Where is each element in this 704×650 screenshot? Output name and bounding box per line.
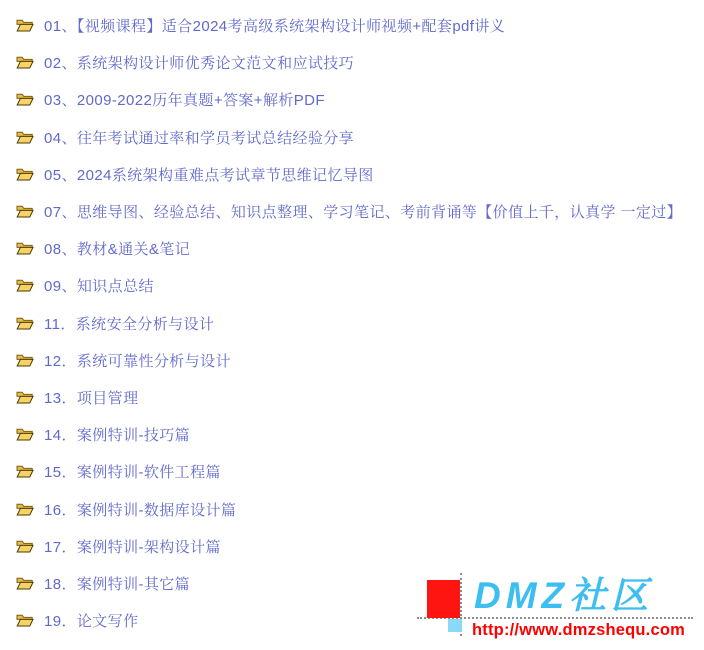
folder-icon[interactable] bbox=[16, 390, 34, 405]
folder-row[interactable]: 08、教材&通关&笔记 bbox=[0, 230, 704, 267]
folder-row[interactable]: 11．系统安全分析与设计 bbox=[0, 305, 704, 342]
folder-link[interactable]: 13．项目管理 bbox=[44, 387, 139, 408]
folder-icon[interactable] bbox=[16, 316, 34, 331]
folder-icon[interactable] bbox=[16, 204, 34, 219]
folder-link[interactable]: 01、【视频课程】适合2024考高级系统架构设计师视频+配套pdf讲义 bbox=[44, 15, 505, 36]
folder-row[interactable]: 12．系统可靠性分析与设计 bbox=[0, 342, 704, 379]
watermark-url-text: http://www.dmzshequ.com bbox=[472, 621, 685, 640]
folder-row[interactable]: 14．案例特训-技巧篇 bbox=[0, 416, 704, 453]
folder-row[interactable]: 04、往年考试通过率和学员考试总结经验分享 bbox=[0, 119, 704, 156]
folder-icon[interactable] bbox=[16, 167, 34, 182]
folder-row[interactable]: 01、【视频课程】适合2024考高级系统架构设计师视频+配套pdf讲义 bbox=[0, 7, 704, 44]
folder-link[interactable]: 09、知识点总结 bbox=[44, 275, 154, 296]
folder-row[interactable]: 17．案例特训-架构设计篇 bbox=[0, 528, 704, 565]
folder-link[interactable]: 15．案例特训-软件工程篇 bbox=[44, 461, 221, 482]
folder-row[interactable]: 02、系统架构设计师优秀论文范文和应试技巧 bbox=[0, 44, 704, 81]
folder-link[interactable]: 02、系统架构设计师优秀论文范文和应试技巧 bbox=[44, 52, 354, 73]
watermark-blue-square bbox=[448, 619, 462, 632]
folder-icon[interactable] bbox=[16, 427, 34, 442]
folder-link[interactable]: 14．案例特训-技巧篇 bbox=[44, 424, 190, 445]
folder-link[interactable]: 16．案例特训-数据库设计篇 bbox=[44, 499, 236, 520]
folder-link[interactable]: 07、思维导图、经验总结、知识点整理、学习笔记、考前背诵等【价值上千，认真学 一… bbox=[44, 201, 682, 222]
folder-link[interactable]: 03、2009-2022历年真题+答案+解析PDF bbox=[44, 89, 325, 110]
folder-row[interactable]: 16．案例特训-数据库设计篇 bbox=[0, 490, 704, 527]
folder-link[interactable]: 08、教材&通关&笔记 bbox=[44, 238, 190, 259]
folder-icon[interactable] bbox=[16, 613, 34, 628]
folder-icon[interactable] bbox=[16, 576, 34, 591]
folder-list: 01、【视频课程】适合2024考高级系统架构设计师视频+配套pdf讲义 02、系… bbox=[0, 7, 704, 639]
watermark-red-square bbox=[427, 580, 460, 618]
folder-icon[interactable] bbox=[16, 18, 34, 33]
folder-link[interactable]: 17．案例特训-架构设计篇 bbox=[44, 536, 221, 557]
folder-row[interactable]: 03、2009-2022历年真题+答案+解析PDF bbox=[0, 81, 704, 118]
folder-row[interactable]: 05、2024系统架构重难点考试章节思维记忆导图 bbox=[0, 156, 704, 193]
folder-link[interactable]: 05、2024系统架构重难点考试章节思维记忆导图 bbox=[44, 164, 374, 185]
folder-link[interactable]: 19．论文写作 bbox=[44, 610, 139, 631]
folder-link[interactable]: 11．系统安全分析与设计 bbox=[44, 313, 214, 334]
folder-link[interactable]: 04、往年考试通过率和学员考试总结经验分享 bbox=[44, 127, 354, 148]
folder-row[interactable]: 15．案例特训-软件工程篇 bbox=[0, 453, 704, 490]
folder-icon[interactable] bbox=[16, 353, 34, 368]
watermark-brand-text: DMZ社区 bbox=[474, 577, 653, 614]
folder-icon[interactable] bbox=[16, 241, 34, 256]
folder-icon[interactable] bbox=[16, 92, 34, 107]
folder-icon[interactable] bbox=[16, 130, 34, 145]
folder-icon[interactable] bbox=[16, 464, 34, 479]
folder-row[interactable]: 07、思维导图、经验总结、知识点整理、学习笔记、考前背诵等【价值上千，认真学 一… bbox=[0, 193, 704, 230]
folder-icon[interactable] bbox=[16, 502, 34, 517]
folder-row[interactable]: 09、知识点总结 bbox=[0, 267, 704, 304]
folder-link[interactable]: 18．案例特训-其它篇 bbox=[44, 573, 190, 594]
folder-icon[interactable] bbox=[16, 278, 34, 293]
folder-row[interactable]: 13．项目管理 bbox=[0, 379, 704, 416]
folder-icon[interactable] bbox=[16, 539, 34, 554]
folder-icon[interactable] bbox=[16, 55, 34, 70]
folder-link[interactable]: 12．系统可靠性分析与设计 bbox=[44, 350, 231, 371]
